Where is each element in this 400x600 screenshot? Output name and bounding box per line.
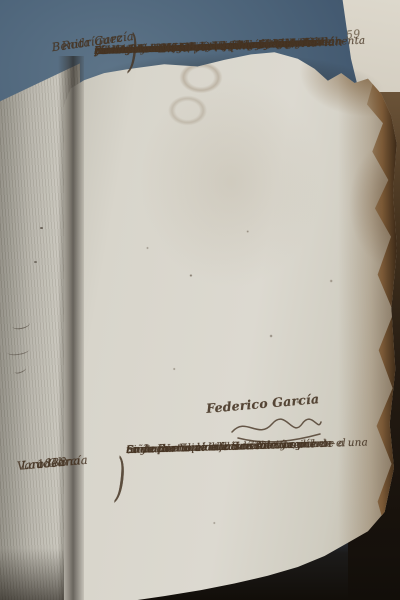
manuscript-photo: 59 Benita GarcíaRodríguez ) En la parroq… — [0, 0, 400, 600]
ink-speck — [40, 227, 43, 229]
book-gutter-shadow — [58, 56, 84, 600]
ink-speck — [34, 261, 37, 263]
register-page — [64, 50, 398, 600]
margin-note-entry-1: Benita GarcíaRodríguez — [51, 22, 170, 39]
manuscript-line: 1888 — [36, 453, 68, 474]
margin-brace: ) — [115, 448, 126, 509]
